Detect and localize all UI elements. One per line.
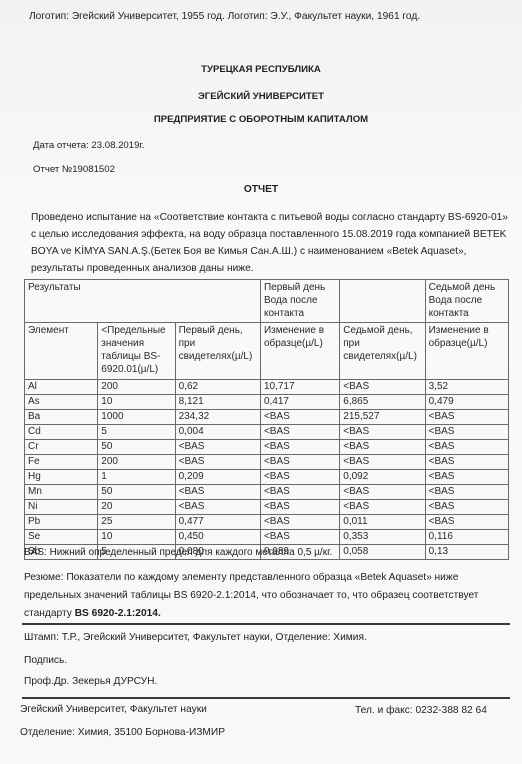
- table-cell: <BAS: [340, 425, 425, 440]
- table-cell: 0,479: [425, 395, 508, 410]
- table-cell: 200: [98, 380, 175, 395]
- column-header-day7-change: Изменение в образце(µ/L): [425, 323, 508, 380]
- column-header-day7-control: Седьмой день, при свидетелях(µ/L): [340, 323, 425, 380]
- table-cell: 0,477: [175, 515, 260, 530]
- table-cell: 50: [98, 485, 175, 500]
- intro-line: результаты проведенных анализов даны ниж…: [31, 260, 501, 277]
- table-row: As108,1210,4176,8650,479: [25, 395, 509, 410]
- table-cell: 0,450: [175, 530, 260, 545]
- table-cell: <BAS: [260, 500, 339, 515]
- table-cell: 0,62: [175, 380, 260, 395]
- enterprise-heading: ПРЕДПРИЯТИЕ С ОБОРОТНЫМ КАПИТАЛОМ: [0, 114, 522, 125]
- column-header-day1-change: Изменение в образце(µ/L): [260, 323, 339, 380]
- table-cell: <BAS: [425, 515, 508, 530]
- bas-note: BAS: Нижний определенный предел для кажд…: [24, 547, 332, 558]
- table-row: Mn50<BAS<BAS<BAS<BAS: [25, 485, 509, 500]
- table-cell: <BAS: [340, 380, 425, 395]
- summary-paragraph: Резюме: Показатели по каждому элементу п…: [24, 569, 514, 623]
- table-cell: <BAS: [260, 410, 339, 425]
- table-cell: 215,527: [340, 410, 425, 425]
- table-cell: 1000: [98, 410, 175, 425]
- summary-line: предельных значений таблицы BS 6920-2.1:…: [24, 587, 514, 605]
- table-cell: 0,209: [175, 470, 260, 485]
- footer-institution: Эгейский Университет, Факультет науки: [20, 704, 207, 715]
- table-cell: <BAS: [175, 500, 260, 515]
- table-row: Cr50<BAS<BAS<BAS<BAS: [25, 440, 509, 455]
- table-cell: 0,417: [260, 395, 339, 410]
- table-cell: Fe: [25, 455, 98, 470]
- table-cell: 10,717: [260, 380, 339, 395]
- intro-line: Проведено испытание на «Соответствие кон…: [31, 209, 501, 226]
- table-cell: 1: [98, 470, 175, 485]
- table-row: Cd50,004<BAS<BAS<BAS: [25, 425, 509, 440]
- table-cell: Ni: [25, 500, 98, 515]
- table-cell: Mn: [25, 485, 98, 500]
- report-date: Дата отчета: 23.08.2019г.: [33, 140, 144, 151]
- table-cell: <BAS: [260, 440, 339, 455]
- table-cell: <BAS: [425, 500, 508, 515]
- logos-line: Логотип: Эгейский Университет, 1955 год.…: [29, 11, 420, 22]
- table-cell: Hg: [25, 470, 98, 485]
- republic-heading: ТУРЕЦКАЯ РЕСПУБЛИКА: [0, 64, 522, 75]
- table-cell: <BAS: [175, 440, 260, 455]
- standard-reference: BS 6920-2.1:2014.: [75, 608, 161, 619]
- table-cell: <BAS: [425, 410, 508, 425]
- results-table: Результаты Первый день Вода после контак…: [24, 279, 509, 560]
- summary-line: стандарту BS 6920-2.1:2014.: [24, 605, 514, 623]
- table-cell: As: [25, 395, 98, 410]
- table-cell: <BAS: [340, 440, 425, 455]
- table-row: Fe200<BAS<BAS<BAS<BAS: [25, 455, 509, 470]
- table-cell: 50: [98, 440, 175, 455]
- table-row: Al2000,6210,717<BAS3,52: [25, 380, 509, 395]
- stamp-line: Штамп: Т.Р., Эгейский Университет, Факул…: [24, 632, 367, 643]
- column-header-element: Элемент: [25, 323, 98, 380]
- empty-group-header: [340, 280, 425, 323]
- table-cell: <BAS: [175, 485, 260, 500]
- table-row: Ba1000234,32<BAS215,527<BAS: [25, 410, 509, 425]
- report-number: Отчет №19081502: [33, 164, 115, 175]
- signatory-name: Проф.Др. Зекерья ДУРСУН.: [24, 676, 157, 687]
- table-cell: 8,121: [175, 395, 260, 410]
- table-cell: <BAS: [175, 455, 260, 470]
- table-cell: <BAS: [425, 425, 508, 440]
- report-title: ОТЧЕТ: [0, 184, 522, 195]
- footer-divider: [22, 697, 510, 699]
- table-cell: Cr: [25, 440, 98, 455]
- results-group-header: Результаты: [25, 280, 261, 323]
- table-cell: Cd: [25, 425, 98, 440]
- section-divider: [22, 623, 510, 625]
- table-cell: <BAS: [260, 425, 339, 440]
- summary-prefix: стандарту: [24, 608, 75, 619]
- intro-paragraph: Проведено испытание на «Соответствие кон…: [31, 209, 501, 277]
- table-row: Ni20<BAS<BAS<BAS<BAS: [25, 500, 509, 515]
- table-cell: <BAS: [425, 485, 508, 500]
- seventh-day-group-header: Седьмой день Вода после контакта: [425, 280, 508, 323]
- table-cell: 0,353: [340, 530, 425, 545]
- table-cell: <BAS: [340, 485, 425, 500]
- table-cell: <BAS: [260, 455, 339, 470]
- table-cell: 0,116: [425, 530, 508, 545]
- table-cell: Al: [25, 380, 98, 395]
- table-cell: 200: [98, 455, 175, 470]
- table-cell: 10: [98, 395, 175, 410]
- table-cell: 3,52: [425, 380, 508, 395]
- document-page: Логотип: Эгейский Университет, 1955 год.…: [0, 0, 522, 764]
- table-cell: 5: [98, 425, 175, 440]
- table-cell: 0,092: [340, 470, 425, 485]
- table-group-header-row: Результаты Первый день Вода после контак…: [25, 280, 509, 323]
- table-row: Hg10,209<BAS0,092<BAS: [25, 470, 509, 485]
- table-cell: <BAS: [260, 470, 339, 485]
- table-cell: 0,13: [425, 545, 508, 560]
- table-cell: <BAS: [260, 515, 339, 530]
- table-cell: 0,058: [340, 545, 425, 560]
- table-row: Se100,450<BAS0,3530,116: [25, 530, 509, 545]
- table-cell: Ba: [25, 410, 98, 425]
- summary-line: Резюме: Показатели по каждому элементу п…: [24, 569, 514, 587]
- column-header-day1-control: Первый день, при свидетелях(µ/L): [175, 323, 260, 380]
- intro-line: BOYA ve KİMYA SAN.A.Ş.(Бетек Боя ве Кимь…: [31, 243, 501, 260]
- table-cell: 20: [98, 500, 175, 515]
- table-cell: <BAS: [260, 530, 339, 545]
- table-cell: <BAS: [260, 485, 339, 500]
- footer-phone: Тел. и факс: 0232-388 82 64: [355, 705, 487, 716]
- first-day-group-header: Первый день Вода после контакта: [260, 280, 339, 323]
- table-cell: Se: [25, 530, 98, 545]
- table-cell: <BAS: [425, 455, 508, 470]
- signature-line: Подпись.: [24, 655, 67, 666]
- table-cell: 6,865: [340, 395, 425, 410]
- table-cell: <BAS: [425, 440, 508, 455]
- table-cell: <BAS: [340, 500, 425, 515]
- table-cell: 0,004: [175, 425, 260, 440]
- table-cell: 234,32: [175, 410, 260, 425]
- footer-address: Отделение: Химия, 35100 Борнова-ИЗМИР: [20, 727, 225, 738]
- table-cell: 25: [98, 515, 175, 530]
- table-cell: 0,011: [340, 515, 425, 530]
- column-header-limit: <Предельные значения таблицы BS-6920.01(…: [98, 323, 175, 380]
- intro-line: с целью исследования эффекта, на воду об…: [31, 226, 501, 243]
- table-row: Pb250,477<BAS0,011<BAS: [25, 515, 509, 530]
- table-cell: 10: [98, 530, 175, 545]
- table-cell: Pb: [25, 515, 98, 530]
- table-cell: <BAS: [425, 470, 508, 485]
- table-column-header-row: Элемент <Предельные значения таблицы BS-…: [25, 323, 509, 380]
- table-cell: <BAS: [340, 455, 425, 470]
- university-heading: ЭГЕЙСКИЙ УНИВЕРСИТЕТ: [0, 91, 522, 102]
